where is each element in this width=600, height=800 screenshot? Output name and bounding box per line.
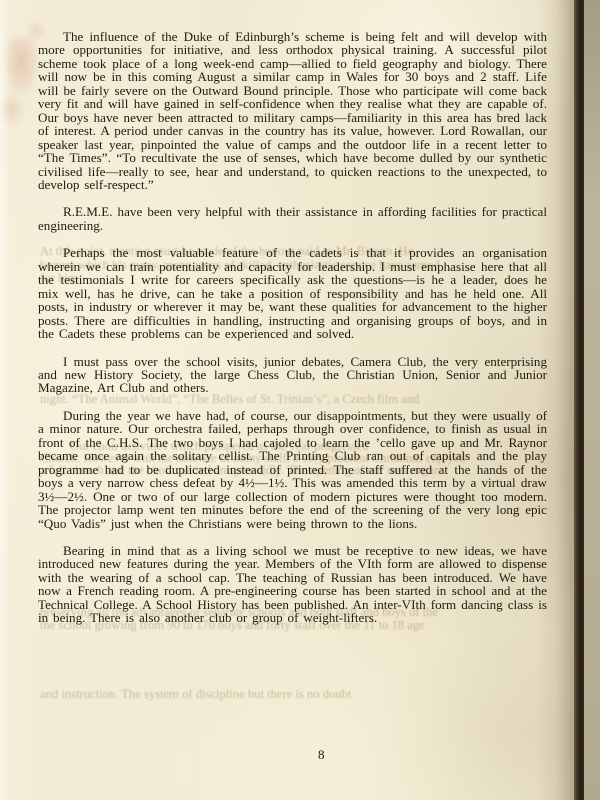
left-edge-highlight xyxy=(0,0,10,800)
page-edge-band xyxy=(574,0,584,800)
page-text: The influence of the Duke of Edinburgh’s… xyxy=(38,30,547,639)
paragraph-new-features: Bearing in mind that as a living school … xyxy=(38,544,547,625)
paragraph-duke-of-edinburgh: The influence of the Duke of Edinburgh’s… xyxy=(38,30,547,191)
paragraph-clubs: I must pass over the school visits, juni… xyxy=(38,355,547,395)
gutter-shadow xyxy=(536,0,574,800)
bleedthrough-line: and instruction. The system of disciplin… xyxy=(40,688,470,701)
adjacent-page-edge xyxy=(584,0,600,800)
scanned-page: { "page": { "number": "8" }, "document":… xyxy=(0,0,600,800)
page-number: 8 xyxy=(318,747,325,763)
paragraph-disappointments: During the year we have had, of course, … xyxy=(38,409,547,530)
paragraph-reme: R.E.M.E. have been very helpful with the… xyxy=(38,205,547,232)
paragraph-cadets-leadership: Perhaps the most valuable feature of the… xyxy=(38,246,547,340)
